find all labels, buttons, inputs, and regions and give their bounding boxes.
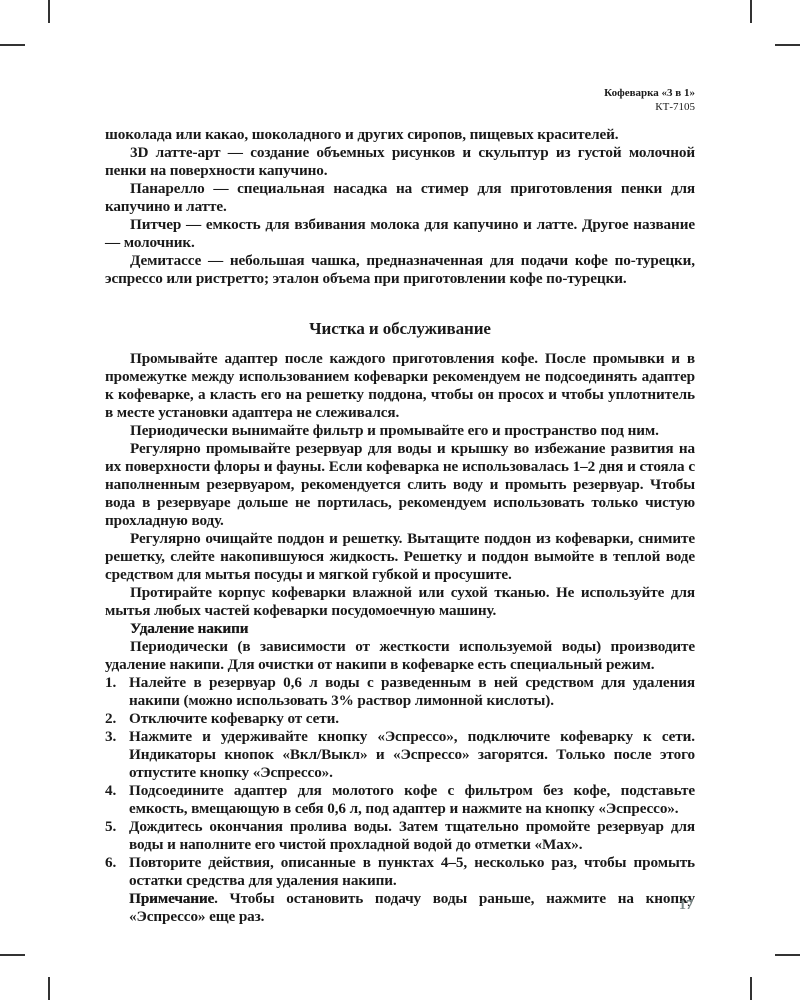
step-item: 4.Подсоедините адаптер для молотого кофе… [105, 782, 695, 818]
paragraph-cleaning-1: Промывайте адаптер после каждого пригото… [105, 350, 695, 422]
paragraph-descaling-intro: Периодически (в зависимости от жесткости… [105, 638, 695, 674]
step-text: Дождитесь окончания пролива воды. Затем … [129, 818, 695, 853]
paragraph-intro-5: Демитассе — небольшая чашка, предназначе… [105, 252, 695, 288]
note-text: . Чтобы остановить подачу воды раньше, н… [129, 890, 695, 925]
paragraph-cleaning-3: Регулярно промывайте резервуар для воды … [105, 440, 695, 530]
paragraph-intro-3: Панарелло — специальная насадка на стиме… [105, 180, 695, 216]
step-item: 3.Нажмите и удерживайте кнопку «Эспрессо… [105, 728, 695, 782]
step-item: 6.Повторите действия, описанные в пункта… [105, 854, 695, 890]
crop-mark-tr-horizontal [775, 44, 800, 46]
crop-mark-tl-horizontal [0, 44, 25, 46]
page-number: 17 [679, 898, 693, 914]
crop-mark-br-horizontal [775, 954, 800, 956]
note: Примечание. Чтобы остановить подачу воды… [105, 890, 695, 926]
paragraph-cleaning-5: Протирайте корпус кофеварки влажной или … [105, 584, 695, 620]
descaling-steps: 1.Налейте в резервуар 0,6 л воды с разве… [105, 674, 695, 890]
step-text: Подсоедините адаптер для молотого кофе с… [129, 782, 695, 817]
header-product: Кофеварка «3 в 1» [604, 86, 695, 100]
step-item: 2.Отключите кофеварку от сети. [105, 710, 695, 728]
crop-mark-br-vertical [750, 977, 752, 1000]
step-number: 4. [105, 782, 116, 800]
header-model: КТ-7105 [604, 100, 695, 114]
subsection-title-text: Удаление накипи [130, 620, 248, 637]
section-title: Чистка и обслуживание [105, 318, 695, 340]
page-body: шоколада или какао, шоколадного и других… [105, 126, 695, 926]
crop-mark-bl-horizontal [0, 954, 25, 956]
paragraph-intro-4: Питчер — емкость для взбивания молока дл… [105, 216, 695, 252]
step-number: 6. [105, 854, 116, 872]
subsection-title: Удаление накипи [105, 620, 695, 638]
step-number: 2. [105, 710, 116, 728]
step-item: 5.Дождитесь окончания пролива воды. Зате… [105, 818, 695, 854]
crop-mark-tl-vertical [48, 0, 50, 23]
step-text: Отключите кофеварку от сети. [129, 710, 339, 727]
step-text: Налейте в резервуар 0,6 л воды с разведе… [129, 674, 695, 709]
paragraph-cleaning-4: Регулярно очищайте поддон и решетку. Выт… [105, 530, 695, 584]
paragraph-intro-1: шоколада или какао, шоколадного и других… [105, 126, 695, 144]
step-number: 1. [105, 674, 116, 692]
paragraph-intro-2: 3D латте-арт — создание объемных рисунко… [105, 144, 695, 180]
step-number: 5. [105, 818, 116, 836]
running-header: Кофеварка «3 в 1» КТ-7105 [604, 86, 695, 114]
step-item: 1.Налейте в резервуар 0,6 л воды с разве… [105, 674, 695, 710]
step-text: Повторите действия, описанные в пунктах … [129, 854, 695, 889]
crop-mark-bl-vertical [48, 977, 50, 1000]
step-number: 3. [105, 728, 116, 746]
paragraph-cleaning-2: Периодически вынимайте фильтр и промывай… [105, 422, 695, 440]
crop-mark-tr-vertical [750, 0, 752, 23]
note-label: Примечание [129, 890, 214, 907]
step-text: Нажмите и удерживайте кнопку «Эспрессо»,… [129, 728, 695, 781]
